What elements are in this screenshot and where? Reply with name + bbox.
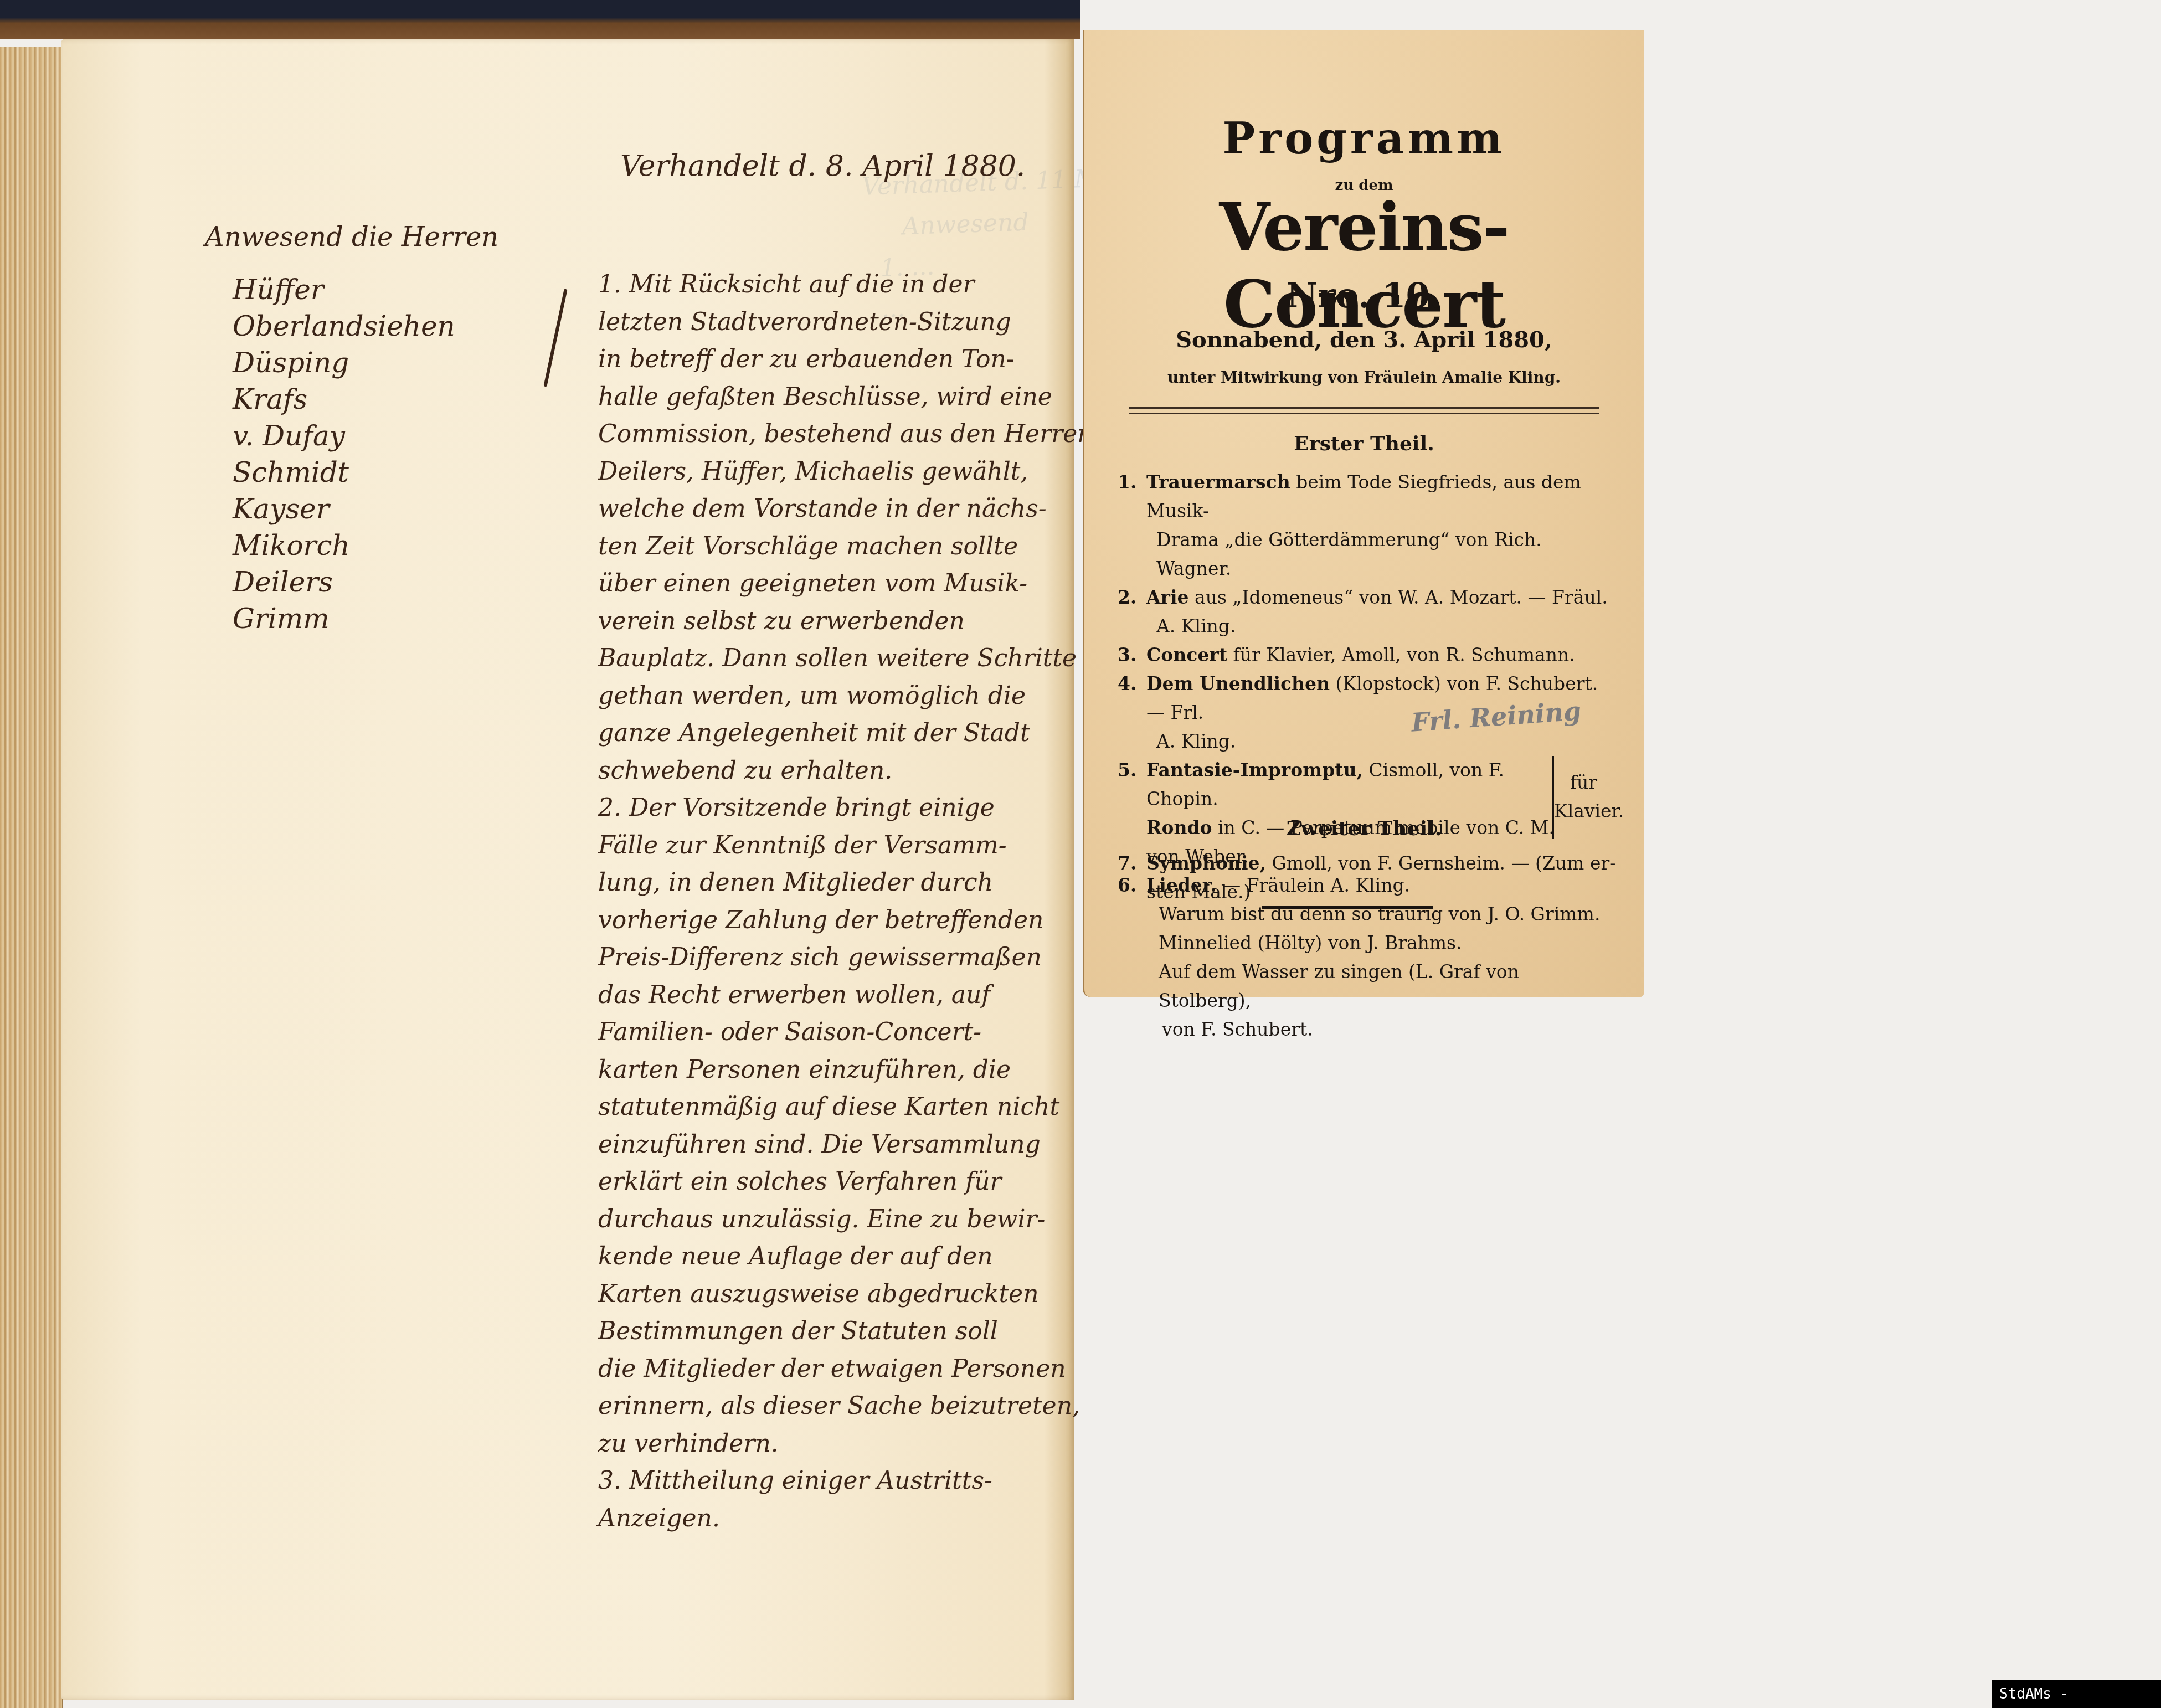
song-line: Auf dem Wasser zu singen (L. Graf von St…: [1146, 958, 1616, 1015]
minutes-line: durchaus unzulässig. Eine zu bewir-: [598, 1201, 1063, 1238]
program-number: Nro. 10.: [1084, 275, 1644, 316]
minutes-body: 1. Mit Rücksicht auf die in der letzten …: [598, 266, 1063, 1537]
item-title: Fantasie-Impromptu,: [1146, 759, 1363, 781]
attendee-name: v. Dufay: [233, 418, 455, 454]
book-cover-edge: [0, 0, 1080, 39]
attendee-name: Oberlandsiehen: [233, 308, 455, 344]
program-collaboration: unter Mitwirkung von Fräulein Amalie Kli…: [1084, 368, 1644, 387]
program-date: Sonnabend, den 3. April 1880,: [1084, 327, 1644, 353]
item-detail-line: Drama „die Götterdämmerung“ von Rich. Wa…: [1146, 526, 1616, 583]
book-page-edges: [0, 47, 63, 1708]
item-detail-line: sten Male.): [1146, 878, 1616, 907]
minutes-line: die Mitglieder der etwaigen Personen: [598, 1350, 1063, 1388]
minutes-line: schwebend zu erhalten.: [598, 752, 1063, 790]
item-title: Concert: [1146, 644, 1227, 666]
minutes-line: vorherige Zahlung der betreffenden: [598, 902, 1063, 939]
minutes-line: karten Personen einzuführen, die: [598, 1051, 1063, 1089]
item-detail: Gmoll, von F. Gernsheim. — (Zum er-: [1266, 852, 1615, 874]
attendance-list: Hüffer Oberlandsiehen Düsping Krafs v. D…: [233, 271, 455, 637]
item-number: 1.: [1118, 468, 1136, 497]
item-number: 5.: [1118, 756, 1136, 785]
program-items: 1. Trauermarsch beim Tode Siegfrieds, au…: [1118, 468, 1616, 1044]
attendee-name: Deilers: [233, 564, 455, 600]
minutes-line: erinnern, als dieser Sache beizutreten,: [598, 1387, 1063, 1425]
item-title: Arie: [1146, 587, 1189, 608]
part-two-heading: Zweiter Theil.: [1084, 817, 1644, 840]
minutes-line: halle gefaßten Beschlüsse, wird eine: [598, 378, 1063, 416]
program-item: 4. Dem Unendlichen (Klopstock) von F. Sc…: [1118, 670, 1616, 756]
program-title: Programm: [1084, 114, 1644, 164]
double-rule-divider: [1129, 407, 1599, 414]
attendee-name: Grimm: [233, 600, 455, 637]
minutes-line: ganze Angelegenheit mit der Stadt: [598, 714, 1063, 752]
minutes-line: Bestimmungen der Statuten soll: [598, 1313, 1063, 1350]
minutes-line: Bauplatz. Dann sollen weitere Schritte: [598, 640, 1063, 677]
item-detail-line: A. Kling.: [1146, 727, 1616, 756]
program-item: 7. Symphonie, Gmoll, von F. Gernsheim. —…: [1118, 849, 1616, 907]
minutes-line: einzuführen sind. Die Versammlung: [598, 1126, 1063, 1164]
attendance-heading: Anwesend die Herren: [205, 222, 498, 253]
minutes-line: 2. Der Vorsitzende bringt einige: [598, 789, 1063, 827]
minutes-line: Commission, bestehend aus den Herren: [598, 415, 1063, 453]
minutes-line: gethan werden, um womöglich die: [598, 677, 1063, 715]
minutes-line: in betreff der zu erbauenden Ton-: [598, 341, 1063, 378]
program-item: 2. Arie aus „Idomeneus“ von W. A. Mozart…: [1118, 583, 1616, 641]
minutes-line: letzten Stadtverordneten-Sitzung: [598, 303, 1063, 341]
minutes-line: 1. Mit Rücksicht auf die in der: [598, 266, 1063, 303]
minutes-line: welche dem Vorstande in der nächs-: [598, 490, 1063, 528]
attendee-name: Schmidt: [233, 454, 455, 491]
program-items-part2: 7. Symphonie, Gmoll, von F. Gernsheim. —…: [1118, 849, 1616, 907]
item-number: 4.: [1118, 670, 1136, 698]
item-number: 2.: [1118, 583, 1136, 612]
minutes-line: Deilers, Hüffer, Michaelis gewählt,: [598, 453, 1063, 491]
minutes-line: erklärt ein solches Verfahren für: [598, 1163, 1063, 1201]
item-title: Trauermarsch: [1146, 471, 1290, 493]
minutes-line: Preis-Differenz sich gewissermaßen: [598, 939, 1063, 976]
minutes-line: verein selbst zu erwerbenden: [598, 603, 1063, 640]
minutes-line: kende neue Auflage der auf den: [598, 1238, 1063, 1275]
minutes-line: lung, in denen Mitglieder durch: [598, 864, 1063, 902]
item-title: Dem Unendlichen: [1146, 673, 1330, 694]
minutes-line: statutenmäßig auf diese Karten nicht: [598, 1088, 1063, 1126]
song-line: Minnelied (Hölty) von J. Brahms.: [1146, 929, 1616, 958]
item-detail: für Klavier, Amoll, von R. Schumann.: [1227, 644, 1575, 666]
item-number: 3.: [1118, 641, 1136, 670]
item-detail: aus „Idomeneus“ von W. A. Mozart. — Fräu…: [1189, 587, 1608, 608]
program-item: 1. Trauermarsch beim Tode Siegfrieds, au…: [1118, 468, 1616, 583]
item-number: 7.: [1118, 849, 1136, 878]
minutes-line: 3. Mittheilung einiger Austritts-: [598, 1462, 1063, 1500]
program-item: 3. Concert für Klavier, Amoll, von R. Sc…: [1118, 641, 1616, 670]
item-title: Symphonie,: [1146, 852, 1266, 874]
part-one-heading: Erster Theil.: [1084, 432, 1644, 455]
attendee-name: Krafs: [233, 381, 455, 418]
attendee-name: Kayser: [233, 491, 455, 527]
minutes-line: Fälle zur Kenntniß der Versamm-: [598, 827, 1063, 865]
attendee-name: Düsping: [233, 344, 455, 381]
minutes-line: Anzeigen.: [598, 1500, 1063, 1537]
attendee-name: Hüffer: [233, 271, 455, 308]
end-rule-divider: [1262, 906, 1433, 909]
minutes-line: das Recht erwerben wollen, auf: [598, 976, 1063, 1014]
program-main-title: Vereins-Concert: [1084, 188, 1644, 342]
minutes-line: zu verhindern.: [598, 1425, 1063, 1463]
minutes-date: Verhandelt d. 8. April 1880.: [620, 150, 1025, 183]
concert-program-leaflet: Programm zu dem Vereins-Concert Nro. 10.…: [1083, 30, 1644, 997]
song-line: von F. Schubert.: [1146, 1015, 1616, 1044]
archive-reference-label: StdAMs - MV_003_097: [1992, 1680, 2161, 1708]
minutes-line: Karten auszugsweise abgedruckten: [598, 1275, 1063, 1313]
minutes-line: Familien- oder Saison-Concert-: [598, 1014, 1063, 1051]
minutes-line: ten Zeit Vorschläge machen sollte: [598, 528, 1063, 565]
item-detail-line: A. Kling.: [1146, 612, 1616, 641]
minutes-line: über einen geeigneten vom Musik-: [598, 565, 1063, 603]
attendee-name: Mikorch: [233, 527, 455, 564]
